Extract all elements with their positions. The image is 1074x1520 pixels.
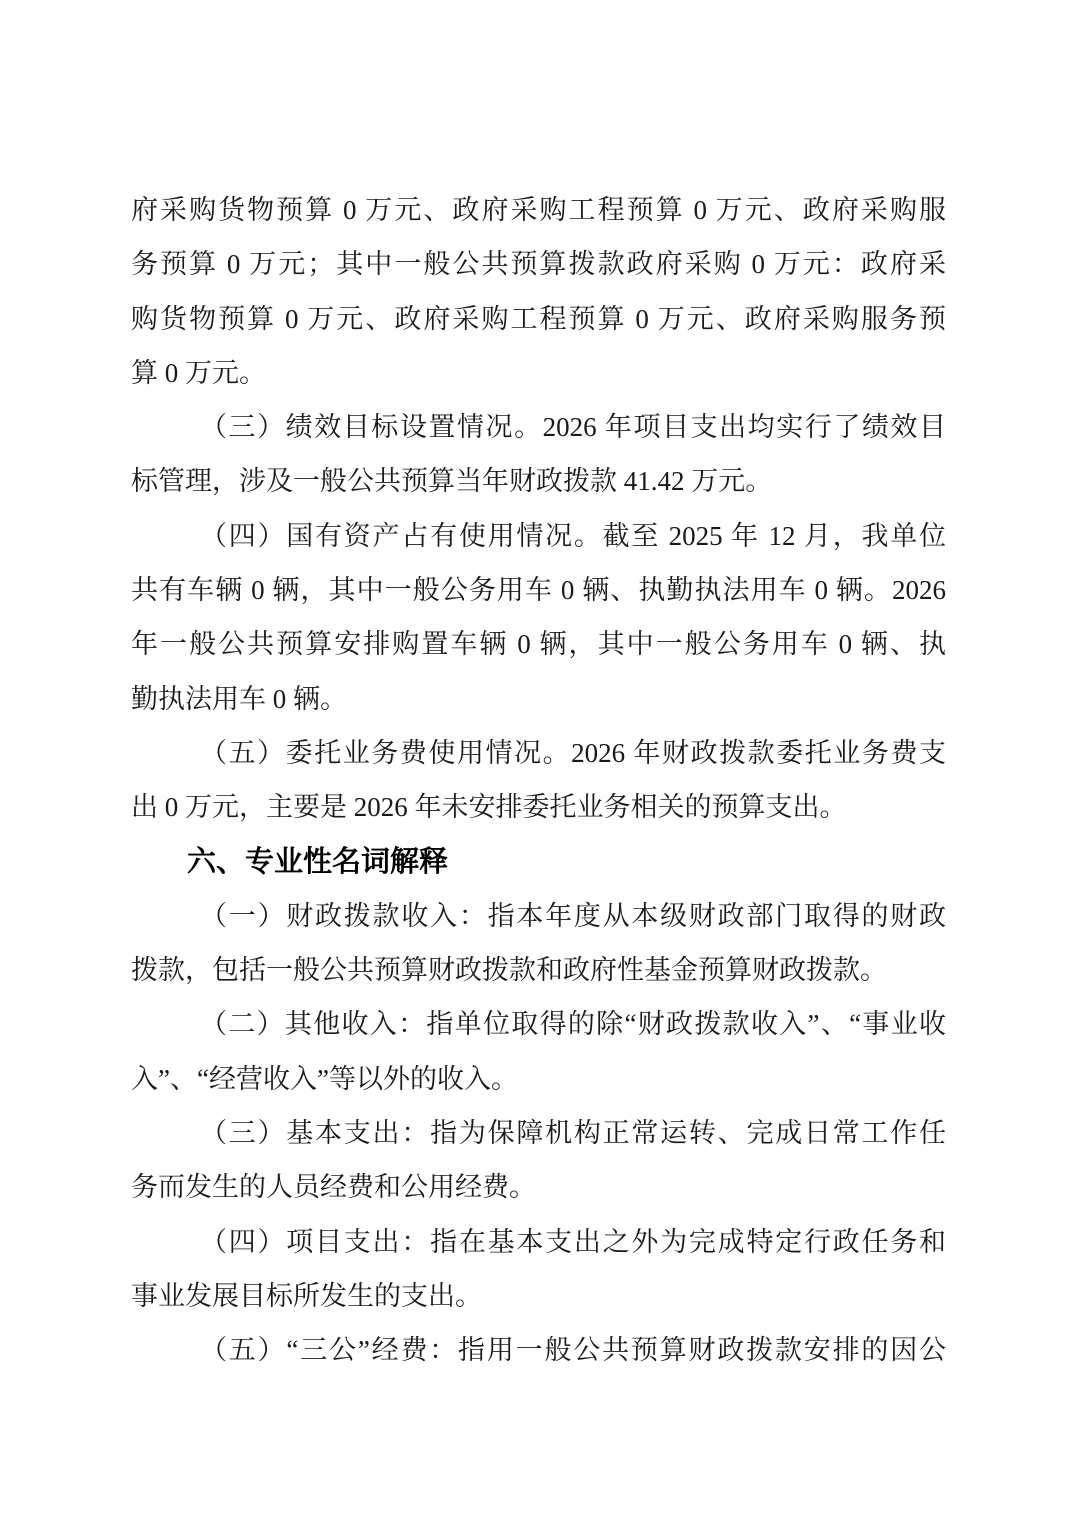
paragraph: 府采购货物预算 0 万元、政府采购工程预算 0 万元、政府采购服务预算 0 万元… (131, 183, 946, 400)
paragraph: （五）“三公”经费：指用一般公共预算财政拨款安排的因公 (131, 1323, 946, 1377)
paragraph: （四）项目支出：指在基本支出之外为完成特定行政任务和事业发展目标所发生的支出。 (131, 1215, 946, 1324)
text-line: （三）基本支出：指为保障机构正常运转、完成日常工作任 (131, 1106, 946, 1160)
document-body: 府采购货物预算 0 万元、政府采购工程预算 0 万元、政府采购服务预算 0 万元… (131, 183, 946, 1378)
text-line: 出 0 万元，主要是 2026 年未安排委托业务相关的预算支出。 (131, 780, 946, 834)
text-line: 算 0 万元。 (131, 346, 946, 400)
text-line: 府采购货物预算 0 万元、政府采购工程预算 0 万元、政府采购服 (131, 183, 946, 237)
paragraph: （四）国有资产占有使用情况。截至 2025 年 12 月，我单位共有车辆 0 辆… (131, 509, 946, 726)
paragraph: （一）财政拨款收入：指本年度从本级财政部门取得的财政拨款，包括一般公共预算财政拨… (131, 889, 946, 998)
text-line: （五）委托业务费使用情况。2026 年财政拨款委托业务费支 (131, 726, 946, 780)
heading-line: 六、专业性名词解释 (131, 835, 946, 889)
paragraph: （二）其他收入：指单位取得的除“财政拨款收入”、“事业收入”、“经营收入”等以外… (131, 997, 946, 1106)
text-line: 勤执法用车 0 辆。 (131, 672, 946, 726)
paragraph: （三）基本支出：指为保障机构正常运转、完成日常工作任务而发生的人员经费和公用经费… (131, 1106, 946, 1215)
text-line: （二）其他收入：指单位取得的除“财政拨款收入”、“事业收 (131, 997, 946, 1051)
text-line: 标管理，涉及一般公共预算当年财政拨款 41.42 万元。 (131, 454, 946, 508)
text-line: 务而发生的人员经费和公用经费。 (131, 1160, 946, 1214)
text-line: 事业发展目标所发生的支出。 (131, 1269, 946, 1323)
text-line: （一）财政拨款收入：指本年度从本级财政部门取得的财政 (131, 889, 946, 943)
text-line: 拨款，包括一般公共预算财政拨款和政府性基金预算财政拨款。 (131, 943, 946, 997)
text-line: 入”、“经营收入”等以外的收入。 (131, 1052, 946, 1106)
paragraph: （三）绩效目标设置情况。2026 年项目支出均实行了绩效目标管理，涉及一般公共预… (131, 400, 946, 509)
paragraph: （五）委托业务费使用情况。2026 年财政拨款委托业务费支出 0 万元，主要是 … (131, 726, 946, 835)
document-page: 府采购货物预算 0 万元、政府采购工程预算 0 万元、政府采购服务预算 0 万元… (0, 0, 1074, 1520)
text-line: （四）国有资产占有使用情况。截至 2025 年 12 月，我单位 (131, 509, 946, 563)
text-line: 共有车辆 0 辆，其中一般公务用车 0 辆、执勤执法用车 0 辆。2026 (131, 563, 946, 617)
text-line: （三）绩效目标设置情况。2026 年项目支出均实行了绩效目 (131, 400, 946, 454)
text-line: （四）项目支出：指在基本支出之外为完成特定行政任务和 (131, 1215, 946, 1269)
text-line: 务预算 0 万元；其中一般公共预算拨款政府采购 0 万元：政府采 (131, 237, 946, 291)
text-line: 年一般公共预算安排购置车辆 0 辆，其中一般公务用车 0 辆、执 (131, 617, 946, 671)
section-heading: 六、专业性名词解释 (131, 835, 946, 889)
text-line: （五）“三公”经费：指用一般公共预算财政拨款安排的因公 (131, 1323, 946, 1377)
text-line: 购货物预算 0 万元、政府采购工程预算 0 万元、政府采购服务预 (131, 292, 946, 346)
